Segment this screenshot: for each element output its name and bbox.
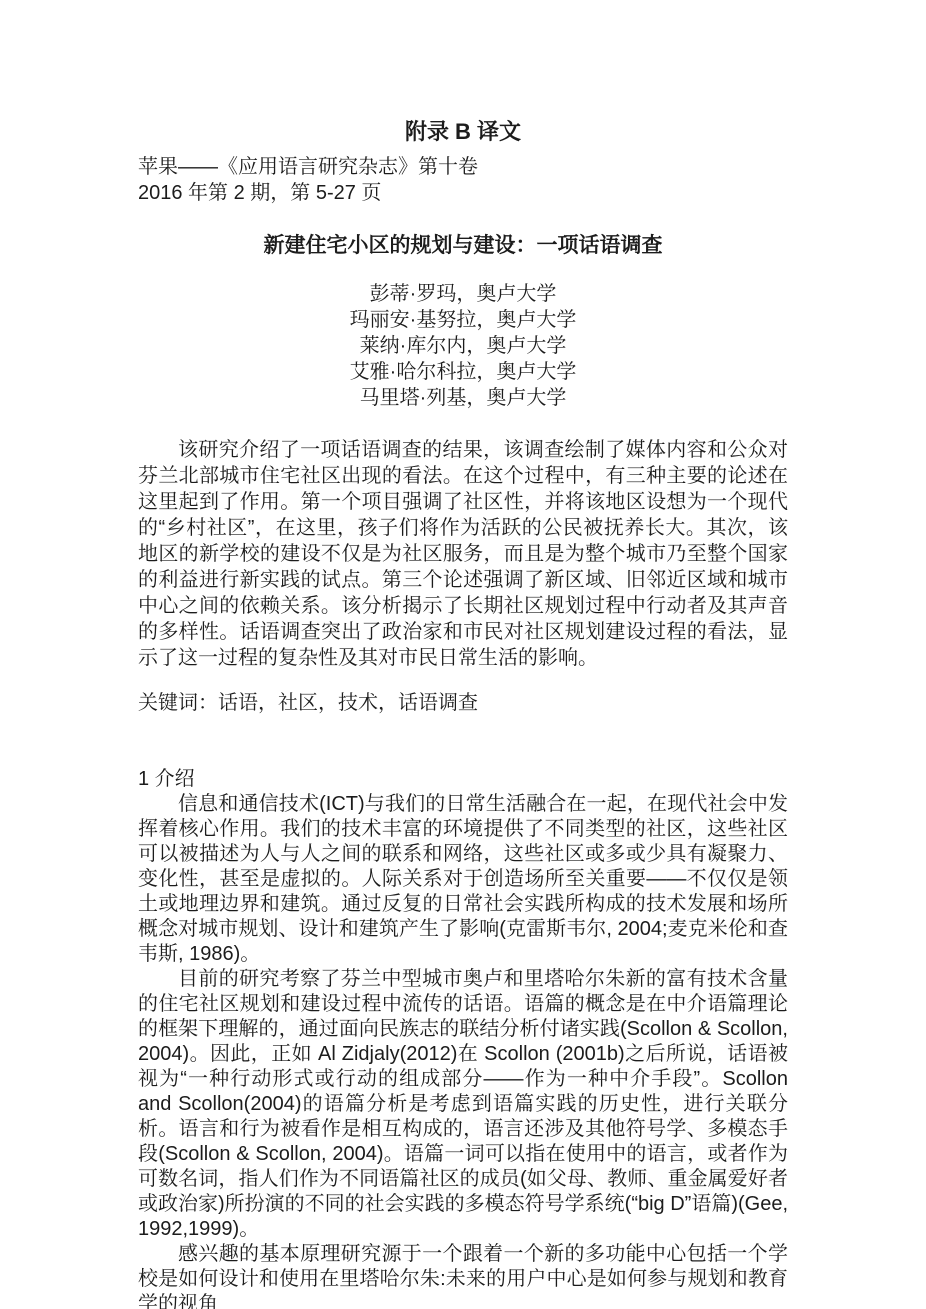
source-issue-line: 2016 年第 2 期，第 5-27 页	[138, 180, 788, 206]
author-line-4: 艾雅·哈尔科拉，奥卢大学	[138, 359, 788, 385]
author-line-1: 彭蒂·罗玛，奥卢大学	[138, 281, 788, 307]
document-content: 附录 B 译文 苹果——《应用语言研究杂志》第十卷 2016 年第 2 期，第 …	[0, 0, 926, 1309]
abstract-paragraph: 该研究介绍了一项话语调查的结果，该调查绘制了媒体内容和公众对芬兰北部城市住宅社区…	[138, 437, 788, 671]
author-line-5: 马里塔·列基，奥卢大学	[138, 385, 788, 411]
document-page: 附录 B 译文 苹果——《应用语言研究杂志》第十卷 2016 年第 2 期，第 …	[0, 0, 926, 1309]
keywords-line: 关键词：话语，社区，技术，话语调查	[138, 690, 788, 716]
appendix-title: 附录 B 译文	[138, 118, 788, 146]
author-line-2: 玛丽安·基努拉，奥卢大学	[138, 307, 788, 333]
source-journal-line: 苹果——《应用语言研究杂志》第十卷	[138, 154, 788, 180]
section-paragraph-2: 目前的研究考察了芬兰中型城市奥卢和里塔哈尔朱新的富有技术含量的住宅社区规划和建设…	[138, 967, 788, 1242]
section-paragraph-3: 感兴趣的基本原理研究源于一个跟着一个新的多功能中心包括一个学校是如何设计和使用在…	[138, 1242, 788, 1309]
article-title: 新建住宅小区的规划与建设：一项话语调查	[138, 232, 788, 259]
author-list: 彭蒂·罗玛，奥卢大学 玛丽安·基努拉，奥卢大学 莱纳·库尔内，奥卢大学 艾雅·哈…	[138, 281, 788, 411]
author-line-3: 莱纳·库尔内，奥卢大学	[138, 333, 788, 359]
section-heading-introduction: 1 介绍	[138, 766, 788, 792]
section-paragraph-1: 信息和通信技术(ICT)与我们的日常生活融合在一起，在现代社会中发挥着核心作用。…	[138, 792, 788, 967]
